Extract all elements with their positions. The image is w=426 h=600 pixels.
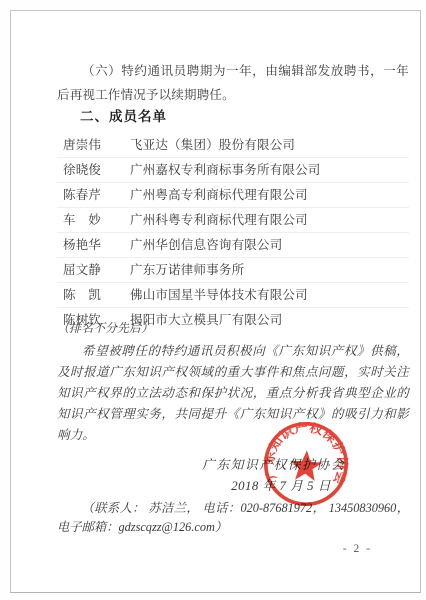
member-row: 陈 凯 佛山市国星半导体技术有限公司 [57, 283, 409, 308]
paragraph-expectations: 希望被聘任的特约通讯员积极向《广东知识产权》供稿，及时报道广东知识产权领域的重大… [57, 341, 409, 446]
member-organization: 广州科粤专利商标代理有限公司 [130, 208, 308, 232]
page-number: - 2 - [343, 543, 372, 555]
member-row: 屈文静 广东万诺律师事务所 [57, 258, 409, 283]
member-organization: 佛山市国星半导体技术有限公司 [130, 283, 308, 307]
scanned-document: （六）特约通讯员聘期为一年，由编辑部发放聘书，一年后再视工作情况予以续期聘任。 … [0, 0, 426, 600]
member-organization: 飞亚达（集团）股份有限公司 [130, 133, 295, 157]
ranking-note: （排名不分先后） [57, 319, 153, 336]
section-heading-members: 二、成员名单 [80, 105, 167, 125]
signature-organization: 广东知识产权保护协会 [202, 454, 345, 473]
member-organization: 广州嘉权专利商标事务所有限公司 [130, 158, 321, 182]
signature-date: 2018 年 7 月 5 日 [231, 475, 331, 494]
member-organization: 广州华创信息咨询有限公司 [130, 233, 282, 257]
member-organization: 广州粤高专利商标代理有限公司 [130, 183, 308, 207]
member-organization: 广东万诺律师事务所 [130, 258, 244, 282]
member-name: 陈 凯 [63, 283, 121, 307]
document-page: （六）特约通讯员聘期为一年，由编辑部发放聘书，一年后再视工作情况予以续期聘任。 … [10, 10, 421, 593]
member-row: 陈春芹 广州粤高专利商标代理有限公司 [57, 183, 409, 208]
member-name: 屈文静 [63, 258, 121, 282]
paragraph-clause-six: （六）特约通讯员聘期为一年，由编辑部发放聘书，一年后再视工作情况予以续期聘任。 [57, 59, 409, 107]
member-name: 车 妙 [63, 208, 121, 232]
member-row: 车 妙 广州科粤专利商标代理有限公司 [57, 208, 409, 233]
member-list: 唐崇伟 飞亚达（集团）股份有限公司 徐晓俊 广州嘉权专利商标事务所有限公司 陈春… [57, 133, 409, 332]
member-name: 唐崇伟 [63, 133, 121, 157]
member-name: 徐晓俊 [63, 158, 121, 182]
member-name: 陈春芹 [63, 183, 121, 207]
member-row: 唐崇伟 飞亚达（集团）股份有限公司 [57, 133, 409, 158]
member-row: 徐晓俊 广州嘉权专利商标事务所有限公司 [57, 158, 409, 183]
member-name: 杨艳华 [63, 233, 121, 257]
contact-info: （联系人： 苏洁兰， 电话：020-87681972， 13450830960，… [57, 499, 409, 537]
member-row: 杨艳华 广州华创信息咨询有限公司 [57, 233, 409, 258]
